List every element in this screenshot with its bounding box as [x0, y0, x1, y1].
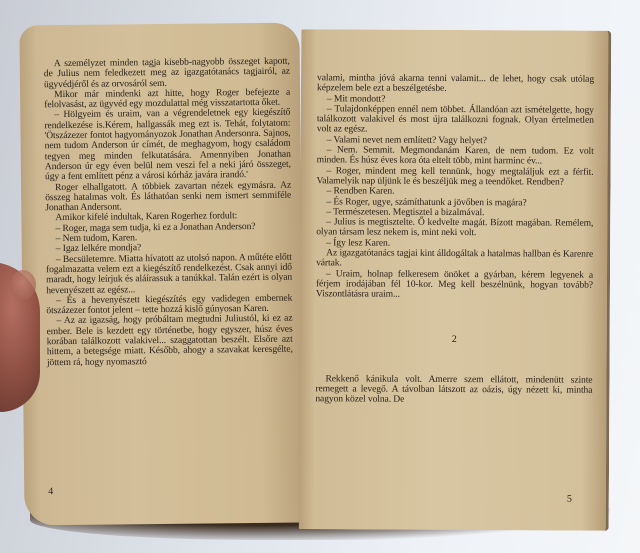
paragraph: Az igazgatótanács tagjai kint álldogálta… — [316, 248, 593, 270]
thumbnail — [10, 270, 36, 300]
paragraph: valami, mintha jóvá akarna tenni valamit… — [317, 73, 594, 95]
page-number: 4 — [48, 486, 53, 497]
paragraph: – Tulajdonképpen ennél nem többet. Állan… — [317, 104, 594, 136]
paragraph: – Hölgyeim és uraim, van a végrendeletne… — [44, 108, 291, 183]
page-number: 5 — [567, 494, 572, 505]
paragraph: Rekkenő kánikula volt. Amerre szem ellát… — [315, 374, 592, 406]
paragraph: – Az az igazság, hogy próbáltam megtudni… — [46, 314, 293, 368]
right-page: valami, mintha jóvá akarna tenni valamit… — [299, 29, 612, 531]
paragraph: – Roger, mindent meg kell tennünk, hogy … — [316, 166, 593, 188]
chapter-number: 2 — [316, 334, 593, 346]
paragraph: – Uraim, holnap felkeresem önöket a gyár… — [316, 269, 593, 301]
paragraph: Roger elhallgatott. A többiek zavartan n… — [45, 180, 291, 213]
left-page: A személyzet minden tagja kisebb-nagyobb… — [19, 23, 304, 526]
paragraph: – Julius is megtisztelte. Ő kedvelte mag… — [316, 217, 593, 239]
paragraph: – Becsületemre. Miatta hívatott az utols… — [46, 252, 292, 296]
left-page-text: A személyzet minden tagja kisebb-nagyobb… — [44, 57, 293, 368]
paragraph: A személyzet minden tagja kisebb-nagyobb… — [44, 57, 290, 90]
right-page-text: valami, mintha jóvá akarna tenni valamit… — [315, 73, 594, 406]
paragraph: – Nem. Semmit. Megmondanám Karen, de nem… — [317, 145, 594, 167]
